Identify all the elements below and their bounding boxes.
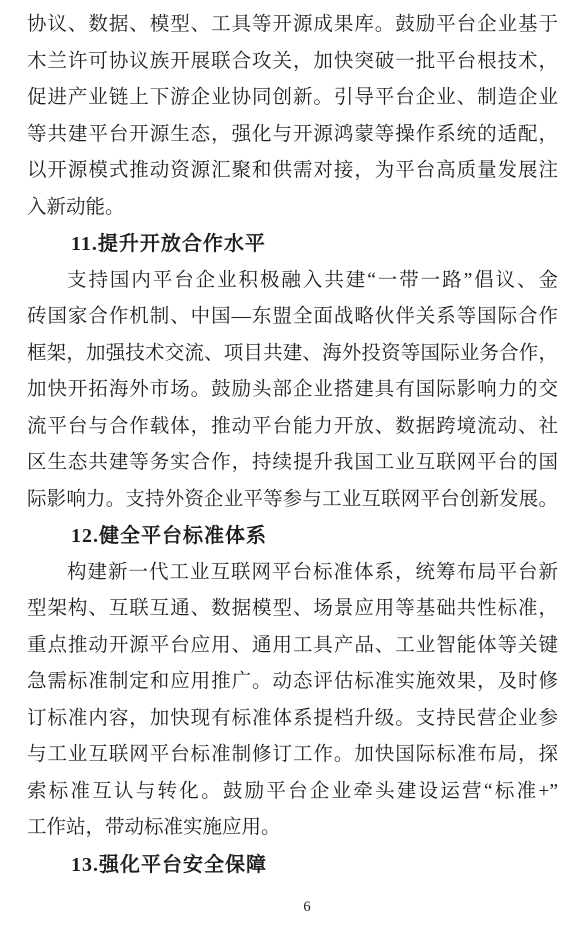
body-line: 入新动能。 (27, 190, 558, 227)
body-line: 索标准互认与转化。鼓励平台企业牵头建设运营“标准+” (27, 774, 558, 811)
body-line: 订标准内容，加快现有标准体系提档升级。支持民营企业参 (27, 701, 558, 738)
body-line: 重点推动开源平台应用、通用工具产品、工业智能体等关键 (27, 628, 558, 665)
section-heading-13: 13.强化平台安全保障 (27, 847, 558, 884)
body-line: 支持国内平台企业积极融入共建“一带一路”倡议、金 (27, 263, 558, 300)
body-line: 加快开拓海外市场。鼓励头部企业搭建具有国际影响力的交 (27, 372, 558, 409)
paragraph-open-source: 协议、数据、模型、工具等开源成果库。鼓励平台企业基于 木兰许可协议族开展联合攻关… (27, 7, 558, 226)
page-number: 6 (14, 897, 586, 917)
body-line: 与工业互联网平台标准制修订工作。加快国际标准布局，探 (27, 737, 558, 774)
paragraph-open-cooperation: 支持国内平台企业积极融入共建“一带一路”倡议、金 砖国家合作机制、中国—东盟全面… (27, 263, 558, 519)
body-line: 促进产业链上下游企业协同创新。引导平台企业、制造企业 (27, 80, 558, 117)
body-line: 协议、数据、模型、工具等开源成果库。鼓励平台企业基于 (27, 7, 558, 44)
body-line: 型架构、互联互通、数据模型、场景应用等基础共性标准， (27, 591, 558, 628)
body-line: 工作站，带动标准实施应用。 (27, 810, 558, 847)
body-line: 构建新一代工业互联网平台标准体系，统筹布局平台新 (27, 555, 558, 592)
paragraph-platform-standards: 构建新一代工业互联网平台标准体系，统筹布局平台新 型架构、互联互通、数据模型、场… (27, 555, 558, 847)
body-line: 急需标准制定和应用推广。动态评估标准实施效果，及时修 (27, 664, 558, 701)
body-line: 区生态共建等务实合作，持续提升我国工业互联网平台的国 (27, 445, 558, 482)
body-line: 际影响力。支持外资企业平等参与工业互联网平台创新发展。 (27, 482, 558, 519)
document-page: 协议、数据、模型、工具等开源成果库。鼓励平台企业基于 木兰许可协议族开展联合攻关… (0, 0, 586, 939)
body-line: 以开源模式推动资源汇聚和供需对接，为平台高质量发展注 (27, 153, 558, 190)
body-line: 砖国家合作机制、中国—东盟全面战略伙伴关系等国际合作 (27, 299, 558, 336)
body-line: 等共建平台开源生态，强化与开源鸿蒙等操作系统的适配， (27, 117, 558, 154)
body-line: 流平台与合作载体，推动平台能力开放、数据跨境流动、社 (27, 409, 558, 446)
document-body: 协议、数据、模型、工具等开源成果库。鼓励平台企业基于 木兰许可协议族开展联合攻关… (27, 7, 558, 883)
section-heading-11: 11.提升开放合作水平 (27, 226, 558, 263)
body-line: 木兰许可协议族开展联合攻关，加快突破一批平台根技术， (27, 44, 558, 81)
section-heading-12: 12.健全平台标准体系 (27, 518, 558, 555)
body-line: 框架，加强技术交流、项目共建、海外投资等国际业务合作， (27, 336, 558, 373)
